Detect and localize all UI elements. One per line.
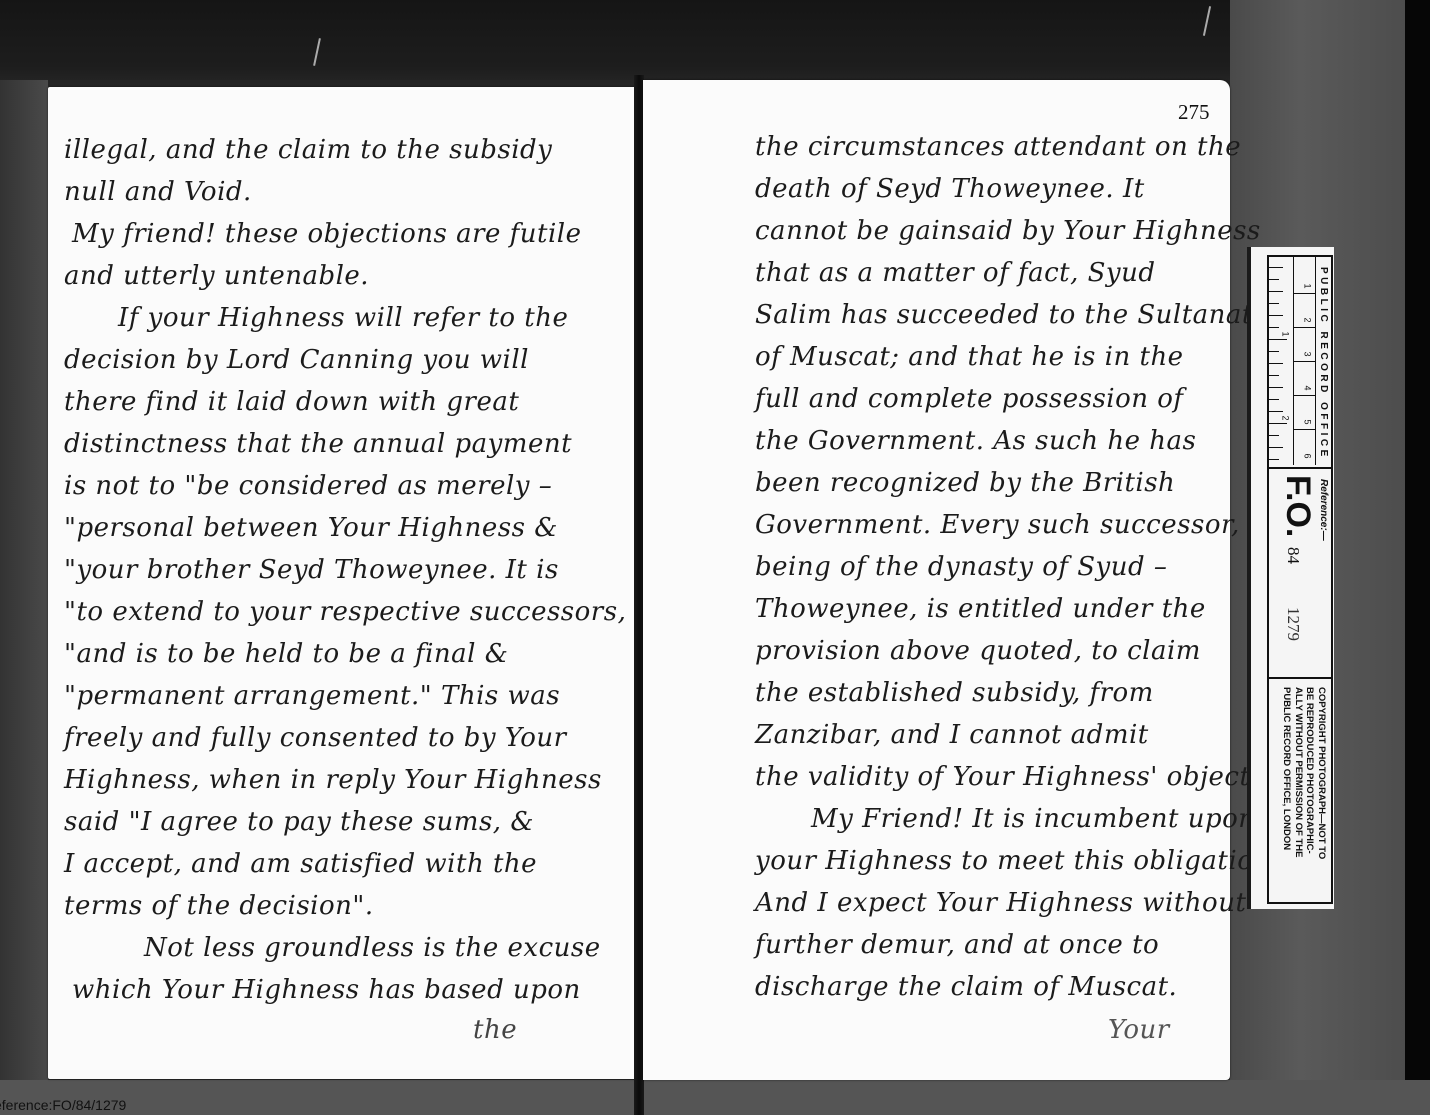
left-line-8: distinctness that the annual payment <box>64 429 572 459</box>
left-line-15: freely and fully consented to by Your <box>64 723 567 753</box>
right-line-3: cannot be gainsaid by Your Highness <box>755 216 1261 246</box>
right-line-12: Thoweynee, is entitled under the <box>755 594 1206 624</box>
ruler-inch-1: 1 <box>1281 331 1291 336</box>
left-catchword: the <box>473 1015 517 1045</box>
right-line-14: the established subsidy, from <box>755 678 1154 708</box>
copyright-line-1: COPYRIGHT PHOTOGRAPH—NOT TO <box>1316 687 1328 859</box>
left-line-5: If your Highness will refer to the <box>118 303 568 333</box>
reference-piece: 1279 <box>1283 607 1303 641</box>
ruler-cm-4: 4 <box>1303 385 1313 390</box>
reference-series: 84 <box>1283 547 1303 564</box>
reference-card-frame: 1 2 1 2 3 4 5 6 PUBLIC RECORD OFFICE Ref… <box>1267 255 1333 904</box>
right-line-8: the Government. As such he has <box>755 426 1196 456</box>
right-line-11: being of the dynasty of Syud – <box>755 552 1167 582</box>
left-line-9: is not to "be considered as merely – <box>64 471 552 501</box>
archive-reference-footer: eference:FO/84/1279 <box>0 1097 126 1113</box>
ruler-cm-5: 5 <box>1303 419 1313 424</box>
record-office-label: PUBLIC RECORD OFFICE <box>1318 267 1329 460</box>
copyright-line-3: ALLY WITHOUT PERMISSION OF THE <box>1293 687 1305 859</box>
left-line-11: "your brother Seyd Thoweynee. It is <box>64 555 559 585</box>
background-right-edge <box>1405 0 1430 1115</box>
left-line-10: "personal between Your Highness & <box>64 513 558 543</box>
right-line-15: Zanzibar, and I cannot admit <box>755 720 1149 750</box>
ruler-inch-2: 2 <box>1281 415 1291 420</box>
reference-label: Reference:— <box>1318 479 1329 541</box>
left-line-21: which Your Highness has based upon <box>72 975 581 1005</box>
background-left <box>0 80 48 1115</box>
right-line-2: death of Seyd Thoweynee. It <box>755 174 1145 204</box>
left-line-19: terms of the decision". <box>64 891 374 921</box>
right-line-5: Salim has succeeded to the Sultanate <box>755 300 1269 330</box>
copyright-notice: COPYRIGHT PHOTOGRAPH—NOT TO BE REPRODUCE… <box>1269 677 1331 904</box>
ruler-cm-1: 1 <box>1303 283 1313 288</box>
left-page: illegal, and the claim to the subsidy nu… <box>48 87 635 1079</box>
right-line-4: that as a matter of fact, Syud <box>755 258 1156 288</box>
ruler-cm-2: 2 <box>1303 317 1313 322</box>
reference-class: F.O. <box>1278 475 1317 537</box>
right-line-9: been recognized by the British <box>755 468 1175 498</box>
right-line-13: provision above quoted, to claim <box>755 636 1201 666</box>
left-line-14: "permanent arrangement." This was <box>64 681 560 711</box>
left-line-3: My friend! these objections are futile <box>72 219 582 249</box>
right-line-6: of Muscat; and that he is in the <box>755 342 1184 372</box>
left-line-12: "to extend to your respective successors… <box>64 597 626 627</box>
right-line-20: further demur, and at once to <box>755 930 1159 960</box>
background-bottom <box>0 1080 1430 1115</box>
left-line-7: there find it laid down with great <box>64 387 519 417</box>
left-line-4: and utterly untenable. <box>64 261 369 291</box>
right-line-19: And I expect Your Highness without <box>755 888 1246 918</box>
page-number: 275 <box>1178 100 1210 125</box>
right-line-1: the circumstances attendant on the <box>755 132 1241 162</box>
copyright-line-4: PUBLIC RECORD OFFICE, LONDON <box>1281 687 1293 859</box>
copyright-line-2: BE REPRODUCED PHOTOGRAPHIC- <box>1304 687 1316 859</box>
left-line-17: said "I agree to pay these sums, & <box>64 807 534 837</box>
right-line-17: My Friend! It is incumbent upon <box>811 804 1256 834</box>
left-line-16: Highness, when in reply Your Highness <box>64 765 602 795</box>
reference-card: 1 2 1 2 3 4 5 6 PUBLIC RECORD OFFICE Ref… <box>1247 247 1334 909</box>
right-line-16: the validity of Your Highness' objection… <box>755 762 1301 792</box>
right-line-10: Government. Every such successor, <box>755 510 1240 540</box>
right-line-18: your Highness to meet this obligation. <box>755 846 1279 876</box>
left-line-18: I accept, and am satisfied with the <box>64 849 537 879</box>
right-line-7: full and complete possession of <box>755 384 1184 414</box>
ruler-cm-3: 3 <box>1303 351 1313 356</box>
left-line-6: decision by Lord Canning you will <box>64 345 529 375</box>
left-line-13: "and is to be held to be a final & <box>64 639 508 669</box>
copyright-text: COPYRIGHT PHOTOGRAPH—NOT TO BE REPRODUCE… <box>1281 687 1327 859</box>
right-line-21: discharge the claim of Muscat. <box>755 972 1177 1002</box>
right-catchword: Your <box>1108 1015 1170 1045</box>
left-line-1: illegal, and the claim to the subsidy <box>64 135 552 165</box>
left-line-20: Not less groundless is the excuse <box>144 933 601 963</box>
left-line-2: null and Void. <box>64 177 252 207</box>
right-page: the circumstances attendant on the death… <box>643 80 1230 1080</box>
ruler-cm-6: 6 <box>1303 453 1313 458</box>
